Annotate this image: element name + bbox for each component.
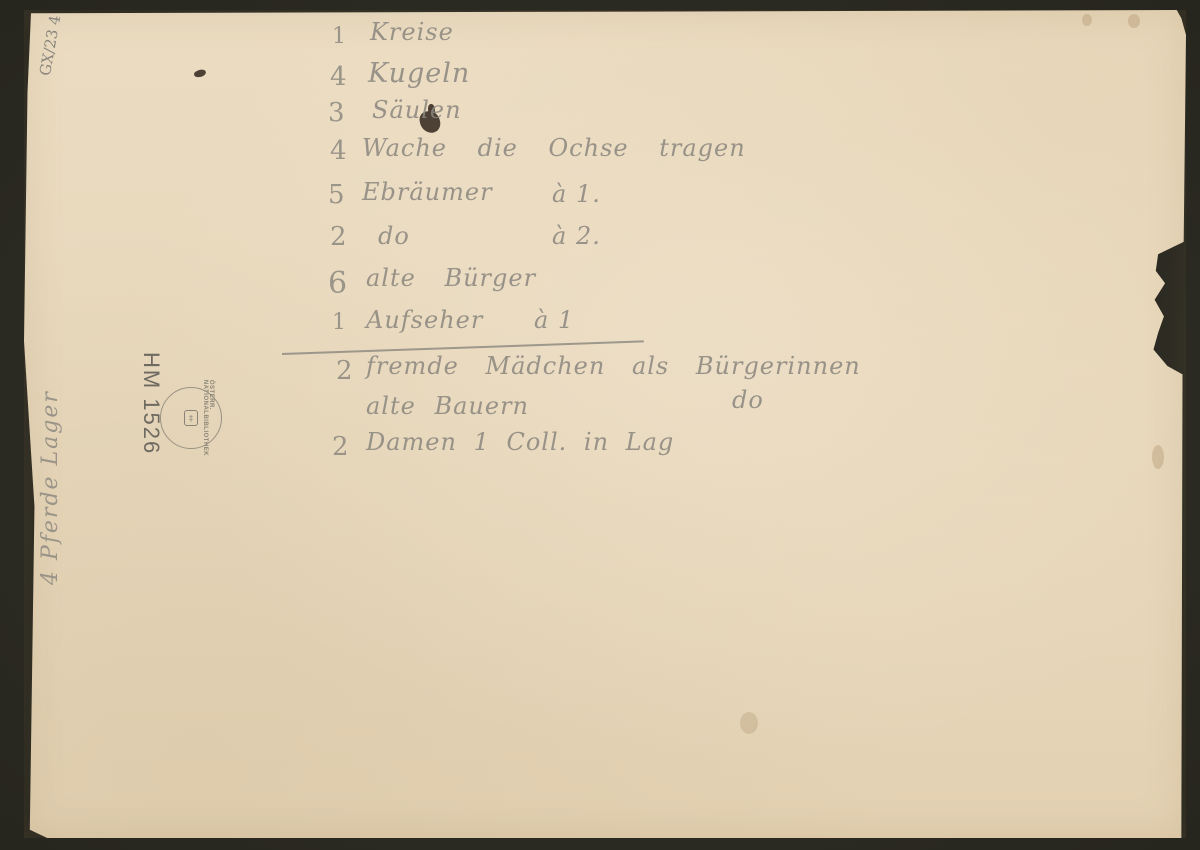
item-quantity: 4 bbox=[330, 136, 347, 166]
item-text: Kugeln bbox=[368, 58, 470, 89]
item-price: à 1 bbox=[534, 306, 574, 334]
stain-spot-top bbox=[1082, 14, 1092, 26]
item-text: Wache die Ochse tragen bbox=[362, 134, 746, 162]
item-text: do bbox=[378, 222, 410, 250]
item-text: fremde Mädchen als Bürgerinnen bbox=[366, 352, 861, 380]
item-price: à 1. bbox=[552, 180, 601, 208]
item-text: Aufseher bbox=[366, 306, 483, 334]
item-text: Säulen bbox=[372, 96, 462, 124]
item-quantity: 1 bbox=[332, 24, 346, 49]
item-text: Kreise bbox=[370, 18, 454, 46]
item-price: à 2. bbox=[552, 222, 601, 250]
item-quantity: 2 bbox=[336, 356, 353, 386]
side-annotation: 4 Pferde Lager bbox=[38, 390, 63, 585]
call-number: HM 1526 bbox=[138, 352, 164, 455]
item-text: Ebräumer bbox=[362, 178, 493, 206]
item-quantity: 4 bbox=[330, 62, 347, 92]
stamp-text: ÖSTERR. NATIONALBIBLIOTHEK bbox=[164, 391, 218, 445]
stain-spot-top-right bbox=[1128, 14, 1140, 28]
item-quantity: 1 bbox=[332, 310, 346, 335]
item-quantity: 5 bbox=[328, 180, 345, 210]
item-quantity: 2 bbox=[330, 222, 347, 252]
item-quantity: 2 bbox=[332, 432, 349, 462]
item-ditto: do bbox=[732, 386, 764, 414]
item-text: alte Bürger bbox=[366, 264, 536, 292]
item-quantity: 3 bbox=[328, 98, 345, 128]
stain-foxing bbox=[740, 712, 758, 734]
item-text: Damen 1 Coll. in Lag bbox=[366, 428, 674, 456]
library-stamp: ÖSTERR. NATIONALBIBLIOTHEK ‡ bbox=[160, 387, 222, 449]
item-text: alte Bauern bbox=[366, 392, 529, 420]
call-number-container: HM 1526 bbox=[140, 352, 164, 462]
item-quantity: 6 bbox=[328, 266, 347, 301]
stain-spot bbox=[1152, 445, 1164, 469]
